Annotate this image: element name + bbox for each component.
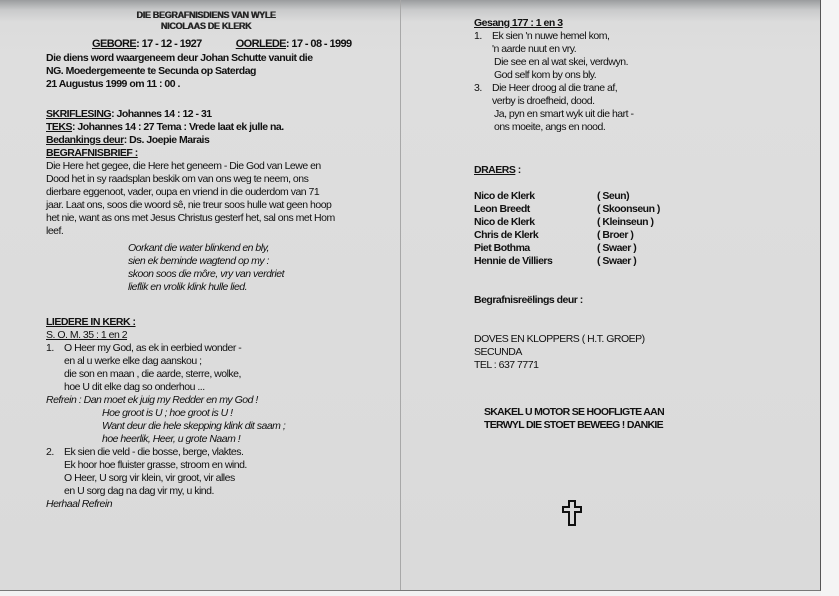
- bearer-relation: ( Broer ): [597, 229, 794, 242]
- poem: Oorkant die water blinkend en bly, sien …: [128, 242, 386, 294]
- repeat-refrain: Herhaal Refrein: [46, 498, 386, 511]
- bearer-name: Nico de Klerk: [474, 190, 597, 203]
- bearer-relation: ( Swaer ): [597, 255, 794, 268]
- hymn-verse-1: 1.Ek sien 'n nuwe hemel kom,: [474, 30, 794, 43]
- bearers-heading: DRAERS :: [474, 164, 794, 177]
- scan-margin: [821, 0, 839, 596]
- died-date: OORLEDE: 17 - 08 - 1999: [236, 38, 352, 51]
- psalm-reference: S. O. M. 35 : 1 en 2: [46, 329, 386, 342]
- bearer-relation: ( Swaer ): [597, 242, 794, 255]
- bearer-name: Hennie de Villiers: [474, 255, 597, 268]
- title-line: DIE BEGRAFNISDIENS VAN WYLE: [46, 10, 366, 21]
- bearer-name: Leon Breedt: [474, 203, 597, 216]
- bearer-relation: ( Kleinseun ): [597, 216, 794, 229]
- letter-heading: BEGRAFNISBRIEF :: [46, 147, 386, 160]
- arrangements-heading: Begrafnisreëlings deur :: [474, 294, 794, 307]
- undertaker: DOVES EN KLOPPERS ( H.T. GROEP) SECUNDA …: [474, 333, 794, 372]
- scripture-reading: SKRIFLESING: Johannes 14 : 12 - 31: [46, 108, 386, 121]
- hymn-verse-3: 3.Die Heer droog al die trane af,: [474, 82, 794, 95]
- headlights-notice: SKAKEL U MOTOR SE HOOFLIGTE AAN TERWYL D…: [484, 406, 794, 432]
- sermon-text: TEKS: Johannes 14 : 27 Tema : Vrede laat…: [46, 121, 386, 134]
- bearer-name: Chris de Klerk: [474, 229, 597, 242]
- verse-1: 1.O Heer my God, as ek in eerbied wonder…: [46, 342, 386, 355]
- service-details: Die diens word waargeneem deur Johan Sch…: [46, 52, 386, 91]
- bearer-name: Nico de Klerk: [474, 216, 597, 229]
- service-title: DIE BEGRAFNISDIENS VAN WYLE NICOLAAS DE …: [46, 10, 366, 32]
- hymn-reference: Gesang 177 : 1 en 3: [474, 17, 794, 30]
- fold-line: [400, 0, 401, 590]
- right-page: Gesang 177 : 1 en 3 1.Ek sien 'n nuwe he…: [474, 17, 794, 432]
- cross-icon: [562, 500, 582, 526]
- bearer-relation: ( Skoonseun ): [597, 203, 794, 216]
- born-date: GEBORE: 17 - 12 - 1927: [92, 38, 202, 51]
- deceased-name: NICOLAAS DE KLERK: [46, 21, 366, 32]
- refrain: Refrein : Dan moet ek juig my Redder en …: [46, 394, 386, 407]
- verse-2: 2.Ek sien die veld - die bosse, berge, v…: [46, 446, 386, 459]
- thanks-by: Bedankings deur: Ds. Joepie Marais: [46, 134, 386, 147]
- songs-heading: LIEDERE IN KERK :: [46, 316, 386, 329]
- church-songs: LIEDERE IN KERK : S. O. M. 35 : 1 en 2 1…: [46, 316, 386, 511]
- dates-row: GEBORE: 17 - 12 - 1927 OORLEDE: 17 - 08 …: [92, 38, 386, 51]
- readings: SKRIFLESING: Johannes 14 : 12 - 31 TEKS:…: [46, 108, 386, 160]
- bearers-list: Nico de Klerk( Seun)Leon Breedt( Skoonse…: [474, 190, 794, 268]
- left-page: DIE BEGRAFNISDIENS VAN WYLE NICOLAAS DE …: [46, 10, 386, 511]
- bearer-name: Piet Bothma: [474, 242, 597, 255]
- bearer-relation: ( Seun): [597, 190, 794, 203]
- funeral-letter: Die Here het gegee, die Here het geneem …: [46, 160, 386, 238]
